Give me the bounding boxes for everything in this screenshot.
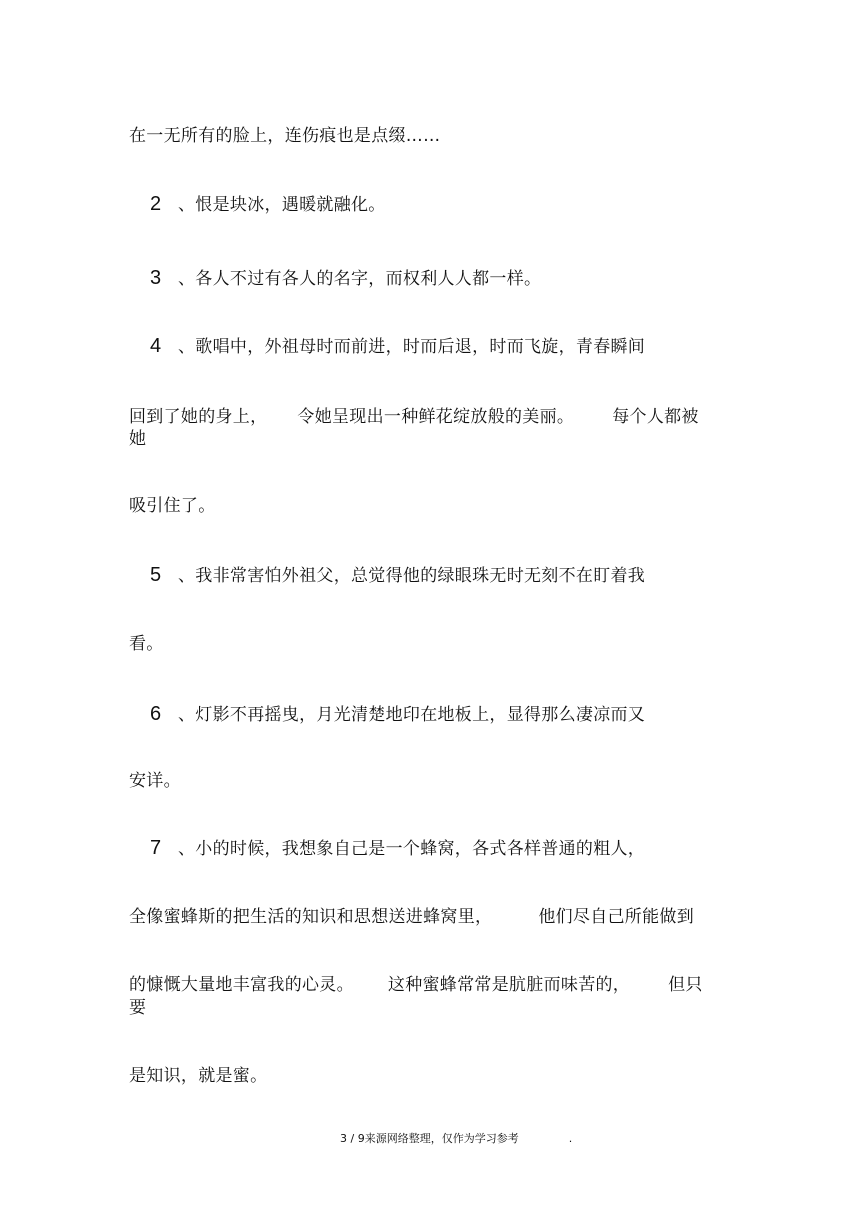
line-segment: 令她呈现出一种鲜花绽放般的美丽。 — [297, 407, 574, 427]
list-item-2: 2、恨是块冰，遇暖就融化。 — [150, 194, 386, 215]
item-text: 、恨是块冰，遇暖就融化。 — [178, 195, 386, 215]
text-line-10: 安详。 — [129, 771, 181, 791]
item-number: 5 — [150, 565, 178, 585]
list-item-3: 3、各人不过有各人的名字，而权利人人都一样。 — [150, 268, 541, 289]
item-number: 2 — [150, 194, 178, 214]
line-segment: 他们尽自己所能做到 — [538, 907, 694, 927]
text-line-5: 回到了她的身上，令她呈现出一种鲜花绽放般的美丽。每个人都被 — [129, 407, 699, 427]
line-segment: 这种蜜蜂常常是肮脏而味苦的， — [388, 975, 630, 995]
list-item-6: 6、灯影不再摇曳，月光清楚地印在地板上，显得那么凄凉而又 — [150, 704, 645, 725]
line-wrap-text: 她 — [129, 429, 146, 449]
text-line-5-wrap: 她 — [129, 429, 146, 449]
list-item-4: 4、歌唱中，外祖母时而前进，时而后退，时而飞旋，青春瞬间 — [150, 336, 645, 357]
list-item-7: 7、小的时候，我想象自己是一个蜂窝，各式各样普通的粗人， — [150, 838, 645, 859]
line-segment: 回到了她的身上， — [129, 407, 267, 427]
line-text: 看。 — [129, 634, 164, 654]
footer-note: 来源网络整理，仅作为学习参考 — [365, 1132, 519, 1145]
text-line-13: 的慷慨大量地丰富我的心灵。这种蜜蜂常常是肮脏而味苦的，但只 — [129, 975, 703, 995]
item-text: 、各人不过有各人的名字，而权利人人都一样。 — [178, 269, 541, 289]
text-line-13-wrap: 要 — [129, 998, 146, 1018]
text-line-1: 在一无所有的脸上，连伤痕也是点缀…… — [129, 126, 440, 146]
line-segment: 全像蜜蜂斯的把生活的知识和思想送进蜂窝里， — [129, 907, 492, 927]
line-text: 是知识，就是蜜。 — [129, 1066, 267, 1086]
text-line-12: 全像蜜蜂斯的把生活的知识和思想送进蜂窝里，他们尽自己所能做到 — [129, 907, 694, 927]
line-text: 吸引住了。 — [129, 496, 216, 516]
text-line-14: 是知识，就是蜜。 — [129, 1066, 267, 1086]
line-text: 安详。 — [129, 771, 181, 791]
item-number: 3 — [150, 268, 178, 288]
item-text: 、歌唱中，外祖母时而前进，时而后退，时而飞旋，青春瞬间 — [178, 337, 645, 357]
item-number: 7 — [150, 838, 178, 858]
item-text: 、小的时候，我想象自己是一个蜂窝，各式各样普通的粗人， — [178, 839, 645, 859]
item-number: 4 — [150, 336, 178, 356]
line-segment: 每个人都被 — [612, 407, 699, 427]
item-text: 、灯影不再摇曳，月光清楚地印在地板上，显得那么凄凉而又 — [178, 705, 645, 725]
line-wrap-text: 要 — [129, 998, 146, 1018]
item-text: 、我非常害怕外祖父，总觉得他的绿眼珠无时无刻不在盯着我 — [178, 566, 645, 586]
text-line-6: 吸引住了。 — [129, 496, 216, 516]
page-number: 3 / 9 — [340, 1132, 365, 1145]
text-line-8: 看。 — [129, 634, 164, 654]
document-page: 在一无所有的脸上，连伤痕也是点缀…… 2、恨是块冰，遇暖就融化。 3、各人不过有… — [0, 0, 860, 1218]
list-item-5: 5、我非常害怕外祖父，总觉得他的绿眼珠无时无刻不在盯着我 — [150, 565, 645, 586]
footer-trailing-mark: . — [569, 1132, 573, 1146]
page-footer: 3 / 9来源网络整理，仅作为学习参考. — [340, 1132, 572, 1146]
line-text: 在一无所有的脸上，连伤痕也是点缀…… — [129, 126, 440, 146]
line-segment: 的慷慨大量地丰富我的心灵。 — [129, 975, 354, 995]
item-number: 6 — [150, 704, 178, 724]
line-segment: 但只 — [668, 975, 703, 995]
